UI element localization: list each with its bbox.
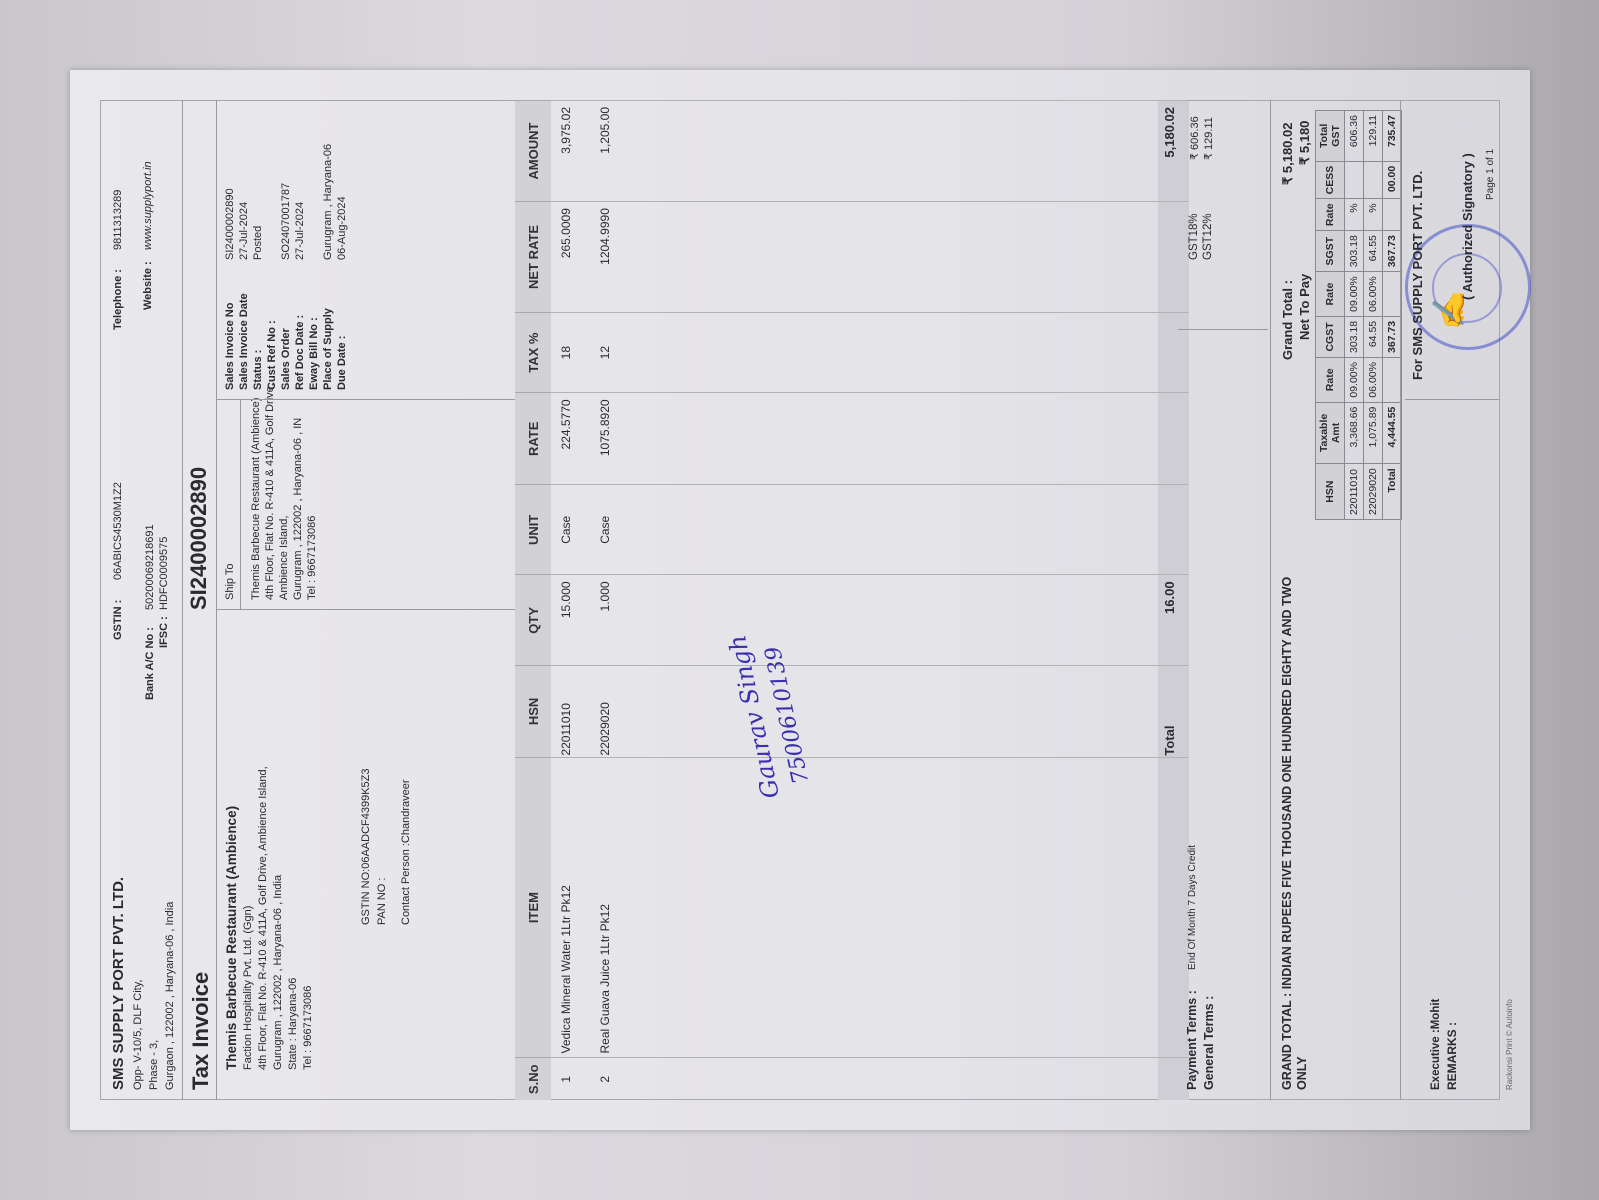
gst-total-cell bbox=[1382, 272, 1401, 317]
gst-total-cell: Total bbox=[1382, 464, 1401, 520]
cell-sno: 2 bbox=[590, 1058, 629, 1100]
remarks-label: REMARKS : bbox=[1445, 1022, 1459, 1090]
cell-item: Vedica Mineral Water 1Ltr Pk12 bbox=[551, 757, 590, 1058]
divider bbox=[1270, 100, 1271, 1100]
gst-column-header: Rate bbox=[1315, 199, 1344, 231]
gst-cell: 22029020 bbox=[1363, 464, 1382, 520]
gst-breakup-table: HSNTaxable AmtRateCGSTRateSGSTRateCESSTo… bbox=[1315, 110, 1402, 520]
gst18-value: ₹ 606.36 bbox=[1188, 116, 1201, 160]
gst-total-cell: 367.73 bbox=[1382, 316, 1401, 357]
telephone: 9811313289 bbox=[112, 190, 124, 250]
for-company: For SMS SUPPLY PORT PVT. LTD. bbox=[1410, 171, 1425, 380]
gst-total-cell: 00.00 bbox=[1382, 161, 1401, 199]
gst-column-header: HSN bbox=[1315, 464, 1344, 520]
gst18-label: GST18% bbox=[1188, 213, 1200, 260]
amount-in-words-only: ONLY bbox=[1295, 1056, 1309, 1090]
gst-cell: 606.36 bbox=[1344, 111, 1363, 162]
doc-title: Tax Invoice bbox=[188, 972, 214, 1090]
items-table: S.NoITEMHSNQTYUNITRATETAX %NET RATEAMOUN… bbox=[515, 100, 1189, 1100]
supplier-gstin: 06ABICS4530M1Z2 bbox=[112, 482, 124, 580]
column-header: ITEM bbox=[515, 757, 551, 1058]
ship-to-line: 4th Floor, Flat No. R-410 & 411A, Golf D… bbox=[264, 383, 276, 600]
table-row: 2Real Guava Juice 1Ltr Pk12220290201.000… bbox=[590, 101, 629, 1101]
cell-unit: Case bbox=[551, 485, 590, 575]
supplier-address-2: Phase - 3, bbox=[148, 1040, 160, 1090]
divider bbox=[216, 399, 516, 400]
gst-total-cell: 735.47 bbox=[1382, 111, 1401, 162]
meta-value: 27-Jul-2024 bbox=[294, 202, 306, 260]
gst-total-cell: 4,444.55 bbox=[1382, 402, 1401, 464]
bank-account: 50200069218691 bbox=[144, 524, 156, 610]
gst-total-cell bbox=[1382, 358, 1401, 403]
bill-to-line: State : Haryana-06 bbox=[287, 978, 299, 1070]
cell-tax: 18 bbox=[551, 312, 590, 393]
gst-cell: 09.00% bbox=[1344, 358, 1363, 403]
cell-hsn: 22029020 bbox=[590, 666, 629, 757]
invoice-sheet: SMS SUPPLY PORT PVT. LTD. Opp- V-10/5, D… bbox=[70, 70, 1530, 1130]
divider bbox=[216, 609, 516, 610]
cell-amount: 1,205.00 bbox=[590, 101, 629, 202]
meta-label: Due Date : bbox=[336, 336, 348, 390]
invoice-page: SMS SUPPLY PORT PVT. LTD. Opp- V-10/5, D… bbox=[100, 100, 1500, 1100]
bill-to-name: Themis Barbecue Restaurant (Ambience) bbox=[224, 806, 239, 1070]
bill-to-line: 4th Floor, Flat No. R-410 & 411A, Golf D… bbox=[257, 766, 269, 1070]
divider bbox=[216, 100, 217, 1100]
column-header: AMOUNT bbox=[515, 101, 551, 202]
supplier-address-3: Gurgaon , 122002 , Haryana-06 , India bbox=[164, 902, 176, 1090]
bill-to-line: Faction Hospitality Pvt. Ltd. (Ggn) bbox=[242, 906, 254, 1070]
cell-net_rate: 265.0009 bbox=[551, 202, 590, 313]
cell-rate: 1075.8920 bbox=[590, 393, 629, 485]
amount-in-words: GRAND TOTAL : INDIAN RUPEES FIVE THOUSAN… bbox=[1280, 577, 1294, 1090]
payment-terms-value: End Of Month 7 Days Credit bbox=[1187, 845, 1198, 970]
gst-row: 220110103,368.6609.00%303.1809.00%303.18… bbox=[1344, 111, 1363, 520]
meta-label: Sales Invoice Date bbox=[238, 293, 250, 390]
bill-to-gstin: GSTIN NO:06AADCF4399K5Z3 bbox=[360, 768, 372, 925]
meta-value: 27-Jul-2024 bbox=[238, 202, 250, 260]
cell-unit: Case bbox=[590, 485, 629, 575]
total-amount: 5,180.02 bbox=[1158, 101, 1189, 202]
contact-person: Contact Person :Chandraveer bbox=[400, 779, 412, 925]
total-row: Total16.005,180.02 bbox=[1158, 101, 1189, 1101]
cell-tax: 12 bbox=[590, 312, 629, 393]
ifsc-label: IFSC : bbox=[158, 616, 170, 648]
gst12-value: ₹ 129.11 bbox=[1202, 117, 1215, 160]
gst-row: 220290201,075.8906.00%64.5506.00%64.55%1… bbox=[1363, 111, 1382, 520]
meta-label: Cust Ref No : bbox=[266, 320, 278, 390]
gstin-label: GSTIN : bbox=[112, 600, 124, 640]
cell-amount: 3,975.02 bbox=[551, 101, 590, 202]
gst-total-cell: 367.73 bbox=[1382, 231, 1401, 272]
column-header: S.No bbox=[515, 1058, 551, 1100]
ship-to-line: Themis Barbecue Restaurant (Ambience) bbox=[250, 398, 262, 600]
payment-terms-label: Payment Terms : bbox=[1185, 990, 1199, 1090]
gst-column-header: Taxable Amt bbox=[1315, 402, 1344, 464]
ifsc-code: HDFC0009575 bbox=[158, 537, 170, 610]
gst-total-row: Total4,444.55367.73367.7300.00735.47 bbox=[1382, 111, 1401, 520]
net-to-pay-label: Net To Pay bbox=[1297, 274, 1312, 340]
gst-cell: 3,368.66 bbox=[1344, 402, 1363, 464]
cell-qty: 1.000 bbox=[590, 575, 629, 666]
meta-value: 06-Aug-2024 bbox=[336, 196, 348, 260]
gst-cell: % bbox=[1344, 199, 1363, 231]
column-header: TAX % bbox=[515, 312, 551, 393]
column-header: HSN bbox=[515, 666, 551, 757]
total-hsn: Total bbox=[1158, 666, 1189, 757]
executive: Executive :Mohit bbox=[1430, 999, 1442, 1090]
gst-cell bbox=[1344, 161, 1363, 199]
meta-label: Sales Order bbox=[280, 328, 292, 390]
gst-column-header: Rate bbox=[1315, 358, 1344, 403]
gst-cell: 09.00% bbox=[1344, 272, 1363, 317]
gst12-label: GST12% bbox=[1202, 213, 1214, 260]
meta-value: Posted bbox=[252, 226, 264, 260]
gst-column-header: CGST bbox=[1315, 316, 1344, 357]
cell-rate: 224.5770 bbox=[551, 393, 590, 485]
invoice-number-heading: SI2400002890 bbox=[186, 467, 212, 610]
meta-value: SI2400002890 bbox=[224, 188, 236, 260]
supplier-address-1: Opp- V-10/5, DLF City, bbox=[132, 980, 144, 1090]
gst-cell: 64.55 bbox=[1363, 316, 1382, 357]
divider bbox=[1400, 100, 1401, 1100]
column-header: QTY bbox=[515, 575, 551, 666]
gst-cell: 129.11 bbox=[1363, 111, 1382, 162]
column-header: RATE bbox=[515, 393, 551, 485]
bill-to-line: Tel : 9667173086 bbox=[302, 986, 314, 1070]
gst-cell: 06.00% bbox=[1363, 272, 1382, 317]
column-header: NET RATE bbox=[515, 202, 551, 313]
ship-to-line: Gurugram , 122002 , Haryana-06 , IN bbox=[292, 418, 304, 600]
page-number: Page 1 of 1 bbox=[1485, 149, 1496, 200]
net-to-pay-value: ₹ 5,180 bbox=[1297, 121, 1313, 165]
gst-cell: 22011010 bbox=[1344, 464, 1363, 520]
total-qty: 16.00 bbox=[1158, 575, 1189, 666]
divider bbox=[182, 100, 183, 1100]
software-credit: Rackonsi Print © Autoinfo bbox=[1505, 999, 1514, 1090]
gst-cell: 303.18 bbox=[1344, 316, 1363, 357]
table-row: 1Vedica Mineral Water 1Ltr Pk12220110101… bbox=[551, 101, 590, 1101]
cell-item: Real Guava Juice 1Ltr Pk12 bbox=[590, 757, 629, 1058]
website: www.supplyport.in bbox=[142, 161, 154, 250]
divider bbox=[240, 400, 241, 610]
meta-label: Ref Doc Date : bbox=[294, 315, 306, 390]
gst-cell: 64.55 bbox=[1363, 231, 1382, 272]
gst-column-header: SGST bbox=[1315, 231, 1344, 272]
ship-to-label: Ship To bbox=[224, 564, 236, 601]
gst-cell: 303.18 bbox=[1344, 231, 1363, 272]
cell-hsn: 22011010 bbox=[551, 666, 590, 757]
meta-label: Sales Invoice No bbox=[224, 303, 236, 390]
website-label: Website : bbox=[142, 261, 154, 310]
supplier-name: SMS SUPPLY PORT PVT. LTD. bbox=[110, 877, 127, 1090]
gst-cell: 1,075.89 bbox=[1363, 402, 1382, 464]
authorized-signatory: ( Authorized Signatory ) bbox=[1460, 153, 1475, 300]
gst-total-cell bbox=[1382, 199, 1401, 231]
bill-to-line: Gurugram , 122002 , Haryana-06 , India bbox=[272, 875, 284, 1070]
meta-label: Status : bbox=[252, 350, 264, 390]
gst-column-header: Rate bbox=[1315, 272, 1344, 317]
cell-net_rate: 1204.9990 bbox=[590, 202, 629, 313]
gst-column-header: Total GST bbox=[1315, 111, 1344, 162]
gst-cell bbox=[1363, 161, 1382, 199]
general-terms-label: General Terms : bbox=[1202, 996, 1216, 1090]
divider bbox=[1178, 329, 1268, 330]
divider bbox=[1405, 399, 1500, 400]
column-header: UNIT bbox=[515, 485, 551, 575]
grand-total-label: Grand Total : bbox=[1280, 280, 1295, 360]
gst-cell: % bbox=[1363, 199, 1382, 231]
cell-qty: 15.000 bbox=[551, 575, 590, 666]
bill-to-pan: PAN NO : bbox=[376, 878, 388, 925]
meta-label: Place of Supply bbox=[322, 308, 334, 390]
grand-total-value: ₹ 5,180.02 bbox=[1280, 123, 1296, 186]
cell-sno: 1 bbox=[551, 1058, 590, 1100]
gst-column-header: CESS bbox=[1315, 161, 1344, 199]
ship-to-line: Ambience Island, bbox=[278, 516, 290, 600]
gst-cell: 06.00% bbox=[1363, 358, 1382, 403]
bank-label: Bank A/C No : bbox=[144, 627, 156, 700]
ship-to-line: Tel : 9667173086 bbox=[306, 516, 318, 600]
meta-value: SO2407001787 bbox=[280, 183, 292, 260]
telephone-label: Telephone : bbox=[112, 269, 124, 330]
meta-value: Gurugram , Haryana-06 bbox=[322, 144, 334, 260]
meta-label: Eway Bill No : bbox=[308, 317, 320, 390]
